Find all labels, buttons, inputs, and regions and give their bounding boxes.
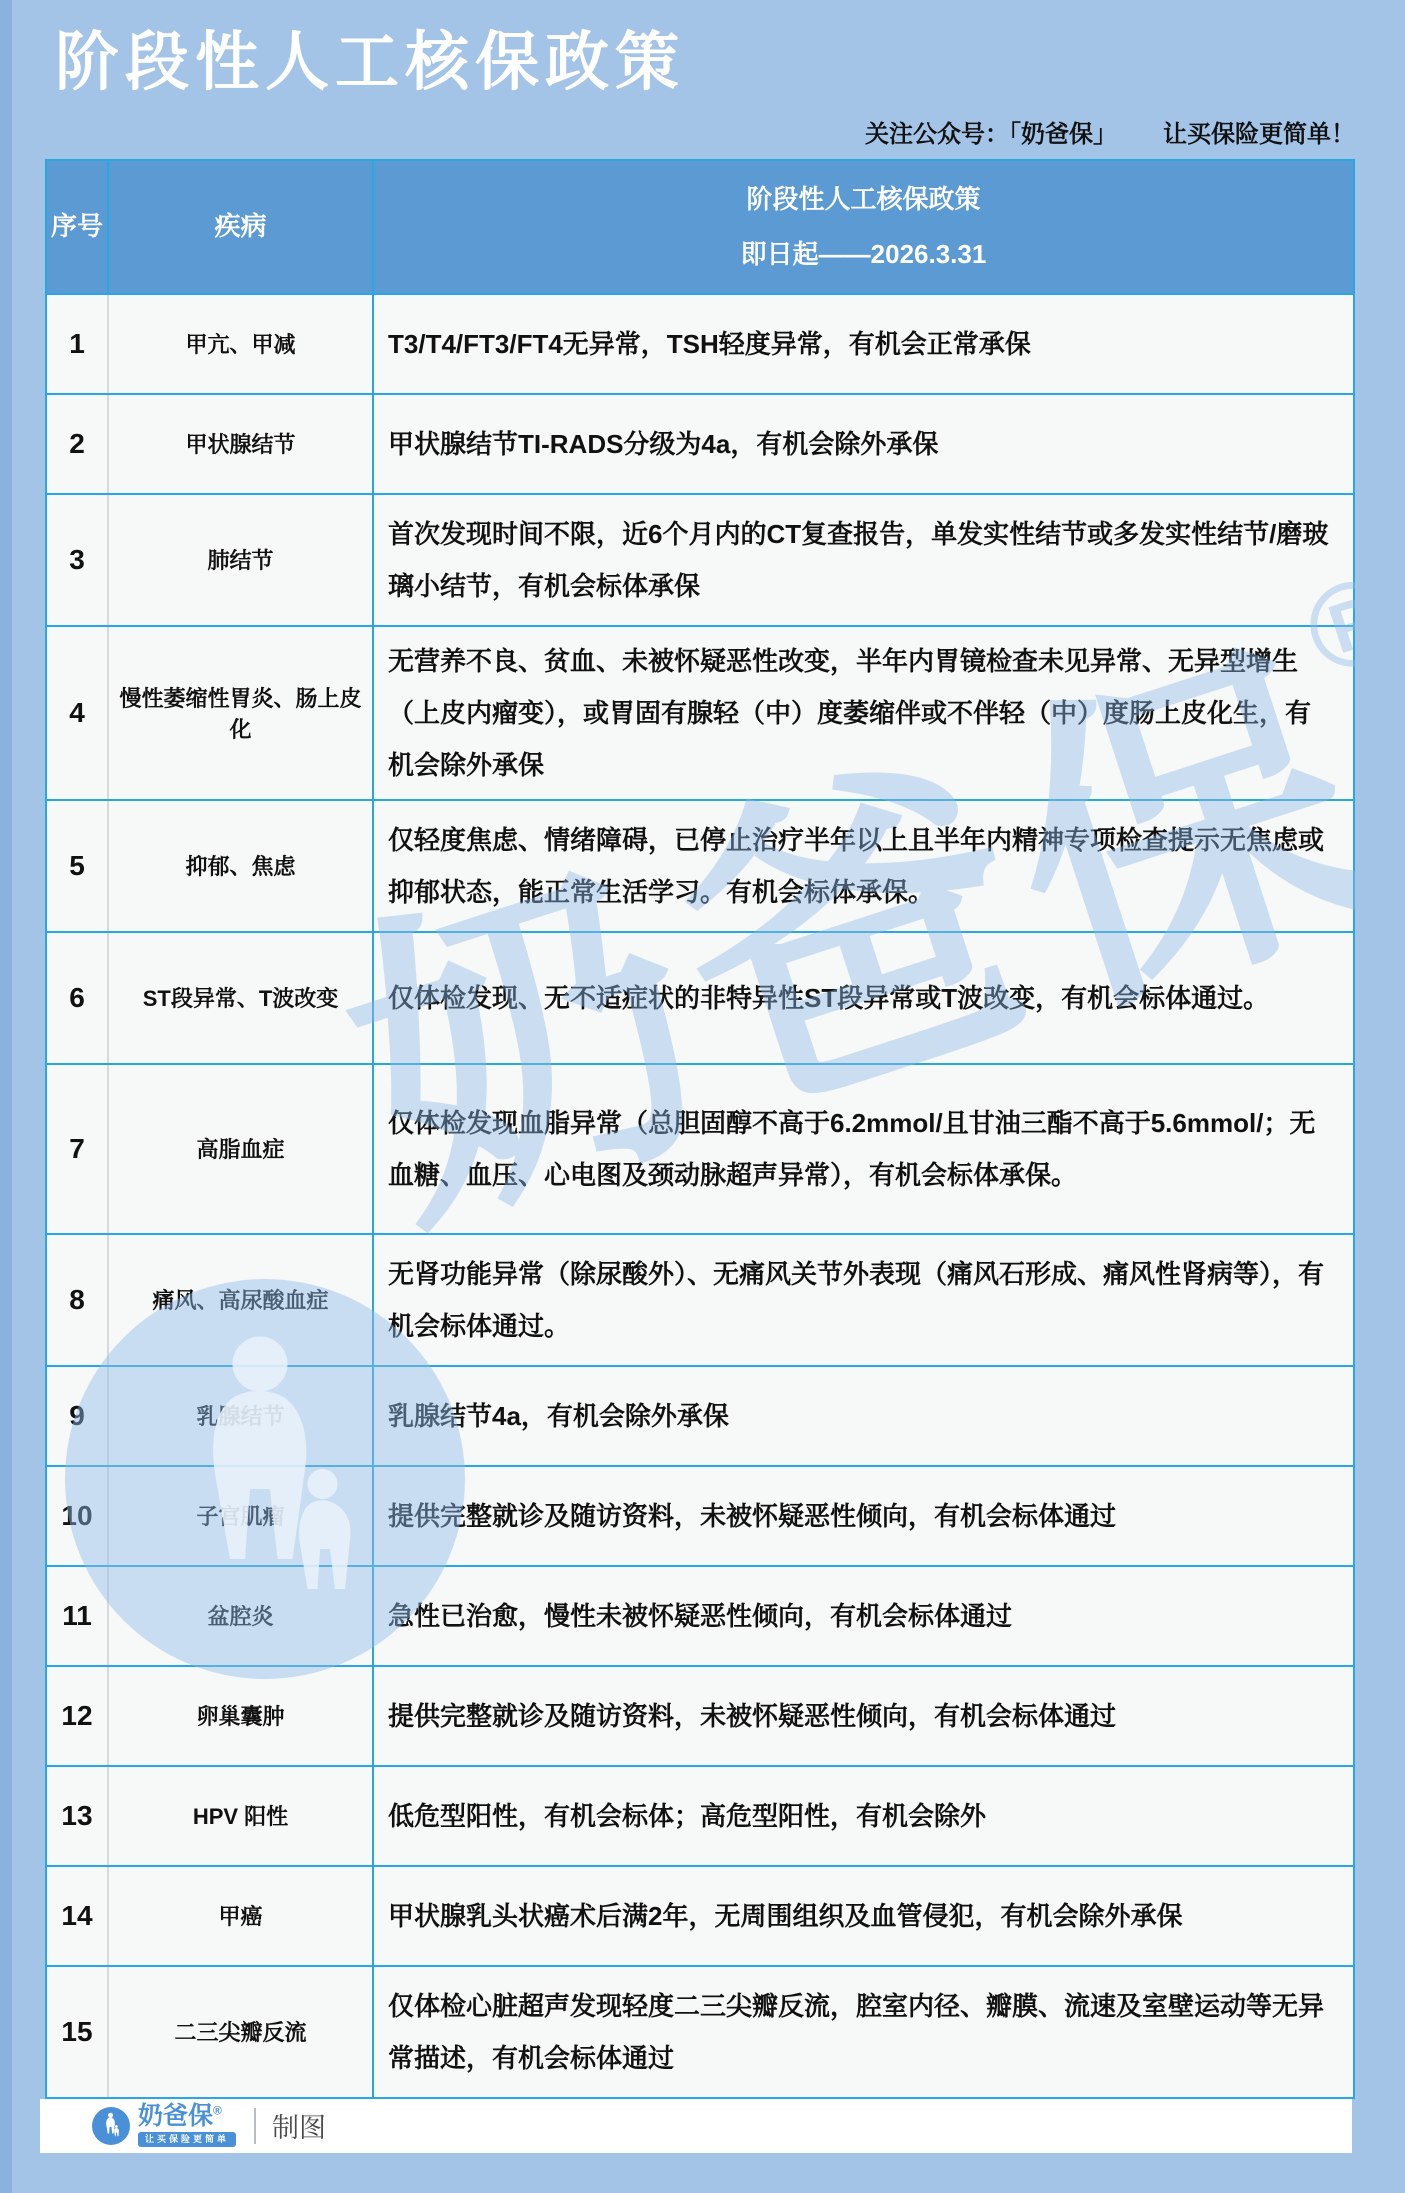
table-row: 4 慢性萎缩性胃炎、肠上皮化 无营养不良、贫血、未被怀疑恶性改变，半年内胃镜检查… bbox=[46, 626, 1354, 800]
table-row: 6 ST段异常、T波改变 仅体检发现、无不适症状的非特异性ST段异常或T波改变，… bbox=[46, 932, 1354, 1064]
row-index: 13 bbox=[46, 1766, 108, 1866]
row-disease: 慢性萎缩性胃炎、肠上皮化 bbox=[108, 626, 373, 800]
row-policy: 提供完整就诊及随访资料，未被怀疑恶性倾向，有机会标体通过 bbox=[373, 1666, 1354, 1766]
row-policy: 甲状腺结节TI-RADS分级为4a，有机会除外承保 bbox=[373, 394, 1354, 494]
brand-logo-icon bbox=[92, 2107, 130, 2145]
header-cell-disease: 疾病 bbox=[108, 160, 373, 294]
row-disease: 子宫肌瘤 bbox=[108, 1466, 373, 1566]
row-disease: HPV 阳性 bbox=[108, 1766, 373, 1866]
subtitle: 关注公众号：「奶爸保」让买保险更简单！ bbox=[0, 114, 1355, 149]
footer-divider bbox=[254, 2108, 256, 2144]
row-index: 10 bbox=[46, 1466, 108, 1566]
table-row: 3 肺结节 首次发现时间不限，近6个月内的CT复查报告，单发实性结节或多发实性结… bbox=[46, 494, 1354, 626]
header-cell-policy: 阶段性人工核保政策 即日起——2026.3.31 bbox=[373, 160, 1354, 294]
credit-label: 制图 bbox=[272, 2106, 326, 2145]
row-index: 3 bbox=[46, 494, 108, 626]
row-index: 15 bbox=[46, 1966, 108, 2098]
table-row: 9 乳腺结节 乳腺结节4a，有机会除外承保 bbox=[46, 1366, 1354, 1466]
table-header-row: 序号 疾病 阶段性人工核保政策 即日起——2026.3.31 bbox=[46, 160, 1354, 294]
row-policy: 仅体检发现血脂异常（总胆固醇不高于6.2mmol/且甘油三酯不高于5.6mmol… bbox=[373, 1064, 1354, 1234]
row-policy: 仅体检心脏超声发现轻度二三尖瓣反流，腔室内径、瓣膜、流速及室壁运动等无异常描述，… bbox=[373, 1966, 1354, 2098]
follow-account-label: 关注公众号：「奶爸保」 bbox=[865, 121, 1117, 148]
policy-table-wrap: 序号 疾病 阶段性人工核保政策 即日起——2026.3.31 1 甲亢、甲减 T… bbox=[45, 159, 1355, 2099]
row-disease: 痛风、高尿酸血症 bbox=[108, 1234, 373, 1366]
row-policy: 无肾功能异常（除尿酸外）、无痛风关节外表现（痛风石形成、痛风性肾病等），有机会标… bbox=[373, 1234, 1354, 1366]
row-disease: 盆腔炎 bbox=[108, 1566, 373, 1666]
brand-name: 奶爸保® bbox=[138, 2104, 222, 2129]
row-policy: 甲状腺乳头状癌术后满2年，无周围组织及血管侵犯，有机会除外承保 bbox=[373, 1866, 1354, 1966]
table-row: 10 子宫肌瘤 提供完整就诊及随访资料，未被怀疑恶性倾向，有机会标体通过 bbox=[46, 1466, 1354, 1566]
row-index: 8 bbox=[46, 1234, 108, 1366]
slogan-label: 让买保险更简单！ bbox=[1163, 121, 1355, 148]
row-disease: 二三尖瓣反流 bbox=[108, 1966, 373, 2098]
row-disease: 高脂血症 bbox=[108, 1064, 373, 1234]
table-row: 15 二三尖瓣反流 仅体检心脏超声发现轻度二三尖瓣反流，腔室内径、瓣膜、流速及室… bbox=[46, 1966, 1354, 2098]
row-index: 12 bbox=[46, 1666, 108, 1766]
row-disease: 抑郁、焦虑 bbox=[108, 800, 373, 932]
left-edge-stripe bbox=[0, 0, 12, 2193]
row-index: 14 bbox=[46, 1866, 108, 1966]
row-policy: 仅体检发现、无不适症状的非特异性ST段异常或T波改变，有机会标体通过。 bbox=[373, 932, 1354, 1064]
brand-tagline-badge: 让买保险更简单 bbox=[138, 2132, 236, 2147]
row-disease: 甲状腺结节 bbox=[108, 394, 373, 494]
brand-badge: 奶爸保® 让买保险更简单 bbox=[92, 2104, 236, 2147]
table-row: 13 HPV 阳性 低危型阳性，有机会标体；高危型阳性，有机会除外 bbox=[46, 1766, 1354, 1866]
brand-text-group: 奶爸保® 让买保险更简单 bbox=[138, 2104, 236, 2147]
row-policy: 首次发现时间不限，近6个月内的CT复查报告，单发实性结节或多发实性结节/磨玻璃小… bbox=[373, 494, 1354, 626]
row-index: 6 bbox=[46, 932, 108, 1064]
table-row: 8 痛风、高尿酸血症 无肾功能异常（除尿酸外）、无痛风关节外表现（痛风石形成、痛… bbox=[46, 1234, 1354, 1366]
row-policy: T3/T4/FT3/FT4无异常，TSH轻度异常，有机会正常承保 bbox=[373, 294, 1354, 394]
page-title: 阶段性人工核保政策 bbox=[0, 0, 1405, 100]
row-index: 4 bbox=[46, 626, 108, 800]
row-index: 11 bbox=[46, 1566, 108, 1666]
table-row: 2 甲状腺结节 甲状腺结节TI-RADS分级为4a，有机会除外承保 bbox=[46, 394, 1354, 494]
table-row: 14 甲癌 甲状腺乳头状癌术后满2年，无周围组织及血管侵犯，有机会除外承保 bbox=[46, 1866, 1354, 1966]
row-index: 9 bbox=[46, 1366, 108, 1466]
row-disease: 乳腺结节 bbox=[108, 1366, 373, 1466]
row-disease: 甲癌 bbox=[108, 1866, 373, 1966]
row-policy: 提供完整就诊及随访资料，未被怀疑恶性倾向，有机会标体通过 bbox=[373, 1466, 1354, 1566]
row-disease: 肺结节 bbox=[108, 494, 373, 626]
header-policy-line2: 即日起——2026.3.31 bbox=[375, 227, 1352, 282]
table-row: 1 甲亢、甲减 T3/T4/FT3/FT4无异常，TSH轻度异常，有机会正常承保 bbox=[46, 294, 1354, 394]
row-disease: 甲亢、甲减 bbox=[108, 294, 373, 394]
row-policy: 仅轻度焦虑、情绪障碍，已停止治疗半年以上且半年内精神专项检查提示无焦虑或抑郁状态… bbox=[373, 800, 1354, 932]
row-policy: 低危型阳性，有机会标体；高危型阳性，有机会除外 bbox=[373, 1766, 1354, 1866]
row-disease: 卵巢囊肿 bbox=[108, 1666, 373, 1766]
table-row: 7 高脂血症 仅体检发现血脂异常（总胆固醇不高于6.2mmol/且甘油三酯不高于… bbox=[46, 1064, 1354, 1234]
poster-canvas: 阶段性人工核保政策 关注公众号：「奶爸保」让买保险更简单！ 序号 疾病 阶段性人… bbox=[0, 0, 1405, 2193]
header-cell-index: 序号 bbox=[46, 160, 108, 294]
row-policy: 乳腺结节4a，有机会除外承保 bbox=[373, 1366, 1354, 1466]
row-index: 1 bbox=[46, 294, 108, 394]
row-index: 7 bbox=[46, 1064, 108, 1234]
policy-table: 序号 疾病 阶段性人工核保政策 即日起——2026.3.31 1 甲亢、甲减 T… bbox=[45, 159, 1355, 2099]
registered-mark-icon: ® bbox=[213, 2104, 222, 2118]
table-row: 12 卵巢囊肿 提供完整就诊及随访资料，未被怀疑恶性倾向，有机会标体通过 bbox=[46, 1666, 1354, 1766]
header-policy-line1: 阶段性人工核保政策 bbox=[375, 172, 1352, 227]
row-index: 2 bbox=[46, 394, 108, 494]
row-policy: 无营养不良、贫血、未被怀疑恶性改变，半年内胃镜检查未见异常、无异型增生（上皮内瘤… bbox=[373, 626, 1354, 800]
table-row: 5 抑郁、焦虑 仅轻度焦虑、情绪障碍，已停止治疗半年以上且半年内精神专项检查提示… bbox=[46, 800, 1354, 932]
table-row: 11 盆腔炎 急性已治愈，慢性未被怀疑恶性倾向，有机会标体通过 bbox=[46, 1566, 1354, 1666]
row-disease: ST段异常、T波改变 bbox=[108, 932, 373, 1064]
row-index: 5 bbox=[46, 800, 108, 932]
row-policy: 急性已治愈，慢性未被怀疑恶性倾向，有机会标体通过 bbox=[373, 1566, 1354, 1666]
footer-bar: 奶爸保® 让买保险更简单 制图 bbox=[40, 2099, 1352, 2153]
